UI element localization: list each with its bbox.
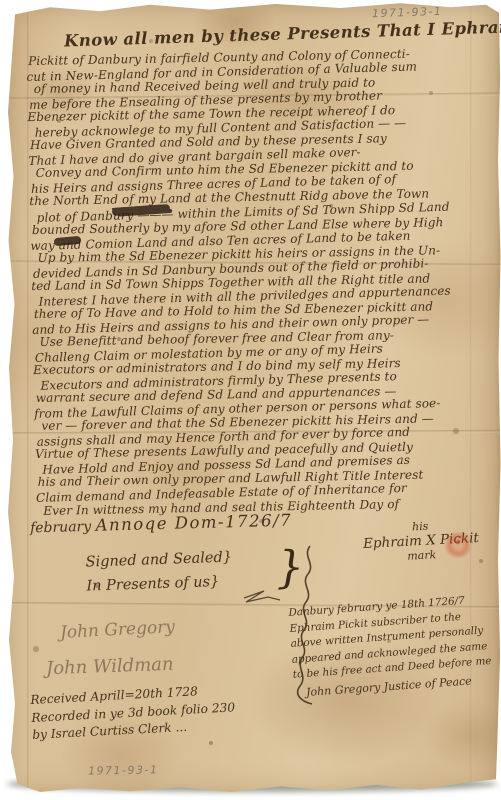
grantor-signature-block: his Ephraim X Pickit mark: [345, 516, 497, 566]
deed-body-text: Pickitt of Danbury in fairfield County a…: [26, 44, 501, 518]
attestation-line-2: In Presents of us}: [86, 569, 233, 598]
clerk-recording-note: Received Aprill=20th 1728Recorded in ye …: [30, 681, 236, 744]
wax-seal-remnant: [444, 532, 472, 558]
date-month: february: [30, 519, 91, 537]
catalog-number-bottom: 1971-93-1: [88, 763, 159, 777]
scanned-deed-page: 1971-93-1 Know all men by these Presents…: [0, 0, 501, 800]
foxing-specks: [0, 0, 2, 2]
witness-signature-wildman: John Wildman: [46, 654, 174, 679]
justice-acknowledgment-block: Danbury february ye 18th 1726/7Ephraim P…: [288, 591, 501, 701]
attestation-clause: Signed and Sealed} In Presents of us}: [85, 545, 233, 598]
catalog-number-top: 1971-93-1: [372, 5, 443, 20]
